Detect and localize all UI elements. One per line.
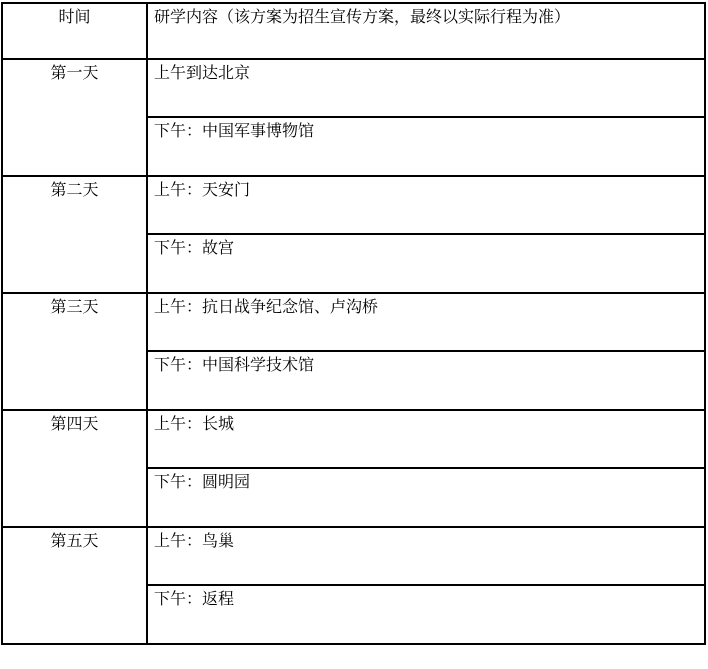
table-header-row: 时间 研学内容（该方案为招生宣传方案，最终以实际行程为准） — [2, 3, 705, 59]
header-cell-time: 时间 — [2, 3, 147, 59]
day-cell-3: 第三天 — [2, 293, 147, 410]
day-cell-5: 第五天 — [2, 527, 147, 644]
table-row-day2-morning: 第二天 上午：天安门 — [2, 176, 705, 234]
itinerary-table: 时间 研学内容（该方案为招生宣传方案，最终以实际行程为准） 第一天 上午到达北京… — [1, 2, 706, 645]
morning-cell-5: 上午：鸟巢 — [147, 527, 705, 585]
day-cell-1: 第一天 — [2, 59, 147, 176]
morning-cell-3: 上午：抗日战争纪念馆、卢沟桥 — [147, 293, 705, 351]
day-cell-2: 第二天 — [2, 176, 147, 293]
table-row-day3-morning: 第三天 上午：抗日战争纪念馆、卢沟桥 — [2, 293, 705, 351]
afternoon-cell-4: 下午：圆明园 — [147, 468, 705, 527]
morning-cell-2: 上午：天安门 — [147, 176, 705, 234]
table-row-day5-morning: 第五天 上午：鸟巢 — [2, 527, 705, 585]
table-row-day4-morning: 第四天 上午：长城 — [2, 410, 705, 468]
afternoon-cell-3: 下午：中国科学技术馆 — [147, 351, 705, 410]
afternoon-cell-1: 下午：中国军事博物馆 — [147, 117, 705, 176]
table-row-day1-morning: 第一天 上午到达北京 — [2, 59, 705, 117]
morning-cell-4: 上午：长城 — [147, 410, 705, 468]
day-cell-4: 第四天 — [2, 410, 147, 527]
afternoon-cell-2: 下午：故宫 — [147, 234, 705, 293]
morning-cell-1: 上午到达北京 — [147, 59, 705, 117]
afternoon-cell-5: 下午：返程 — [147, 585, 705, 644]
header-cell-content: 研学内容（该方案为招生宣传方案，最终以实际行程为准） — [147, 3, 705, 59]
document-page: 时间 研学内容（该方案为招生宣传方案，最终以实际行程为准） 第一天 上午到达北京… — [0, 0, 708, 669]
